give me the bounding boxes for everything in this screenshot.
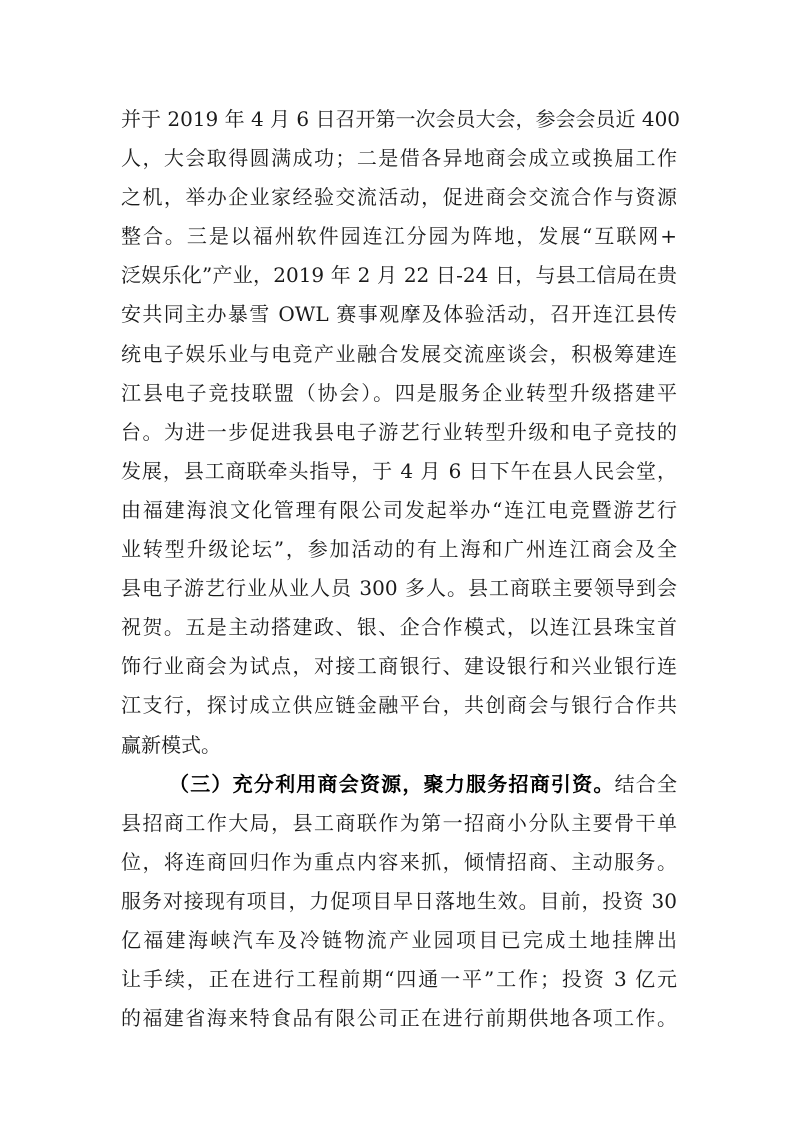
text-line: 县招商工作大局，县工商联作为第一招商小分队主要骨干单 (121, 804, 677, 843)
text-line: 整合。三是以福州软件园连江分园为阵地，发展“互联网+ (121, 217, 677, 256)
text-line: 饰行业商会为试点，对接工商银行、建设银行和兴业银行连 (121, 647, 677, 686)
text-line: 由福建海浪文化管理有限公司发起举办“连江电竞暨游艺行 (121, 491, 677, 530)
text-line: 统电子娱乐业与电竞产业融合发展交流座谈会，积极筹建连 (121, 335, 677, 374)
text-line: 泛娱乐化”产业，2019 年 2 月 22 日-24 日，与县工信局在贵 (121, 256, 677, 295)
text-line: 赢新模式。 (121, 726, 677, 765)
text-line: 人，大会取得圆满成功；二是借各异地商会成立或换届工作 (121, 139, 677, 178)
text-line: 之机，举办企业家经验交流活动，促进商会交流合作与资源 (121, 178, 677, 217)
text-line: 服务对接现有项目，力促项目早日落地生效。目前，投资 30 (121, 882, 677, 921)
paragraph-2: （三）充分利用商会资源，聚力服务招商引资。结合全 县招商工作大局，县工商联作为第… (121, 765, 677, 1039)
paragraph-1: 并于 2019 年 4 月 6 日召开第一次会员大会，参会会员近 400 人，大… (121, 100, 677, 765)
heading-line: （三）充分利用商会资源，聚力服务招商引资。结合全 (121, 765, 677, 804)
section-heading: （三）充分利用商会资源，聚力服务招商引资。 (169, 772, 615, 796)
body-text: 并于 2019 年 4 月 6 日召开第一次会员大会，参会会员近 400 人，大… (121, 100, 677, 1038)
text-line: 让手续，正在进行工程前期“四通一平”工作；投资 3 亿元 (121, 960, 677, 999)
heading-line-rest: 结合全 (615, 772, 677, 796)
text-line: 台。为进一步促进我县电子游艺行业转型升级和电子竞技的 (121, 413, 677, 452)
text-line: 位，将连商回归作为重点内容来抓，倾情招商、主动服务。 (121, 843, 677, 882)
text-line: 江县电子竞技联盟（协会）。四是服务企业转型升级搭建平 (121, 374, 677, 413)
text-line: 祝贺。五是主动搭建政、银、企合作模式，以连江县珠宝首 (121, 608, 677, 647)
text-line: 发展，县工商联牵头指导，于 4 月 6 日下午在县人民会堂， (121, 452, 677, 491)
text-line: 的福建省海来特食品有限公司正在进行前期供地各项工作。 (121, 999, 677, 1038)
text-line: 江支行，探讨成立供应链金融平台，共创商会与银行合作共 (121, 686, 677, 725)
text-line: 县电子游艺行业从业人员 300 多人。县工商联主要领导到会 (121, 569, 677, 608)
document-page: 并于 2019 年 4 月 6 日召开第一次会员大会，参会会员近 400 人，大… (0, 0, 793, 1122)
text-line: 业转型升级论坛”，参加活动的有上海和广州连江商会及全 (121, 530, 677, 569)
text-line: 亿福建海峡汽车及冷链物流产业园项目已完成土地挂牌出 (121, 921, 677, 960)
text-line: 并于 2019 年 4 月 6 日召开第一次会员大会，参会会员近 400 (121, 100, 677, 139)
text-line: 安共同主办暴雪 OWL 赛事观摩及体验活动，召开连江县传 (121, 295, 677, 334)
